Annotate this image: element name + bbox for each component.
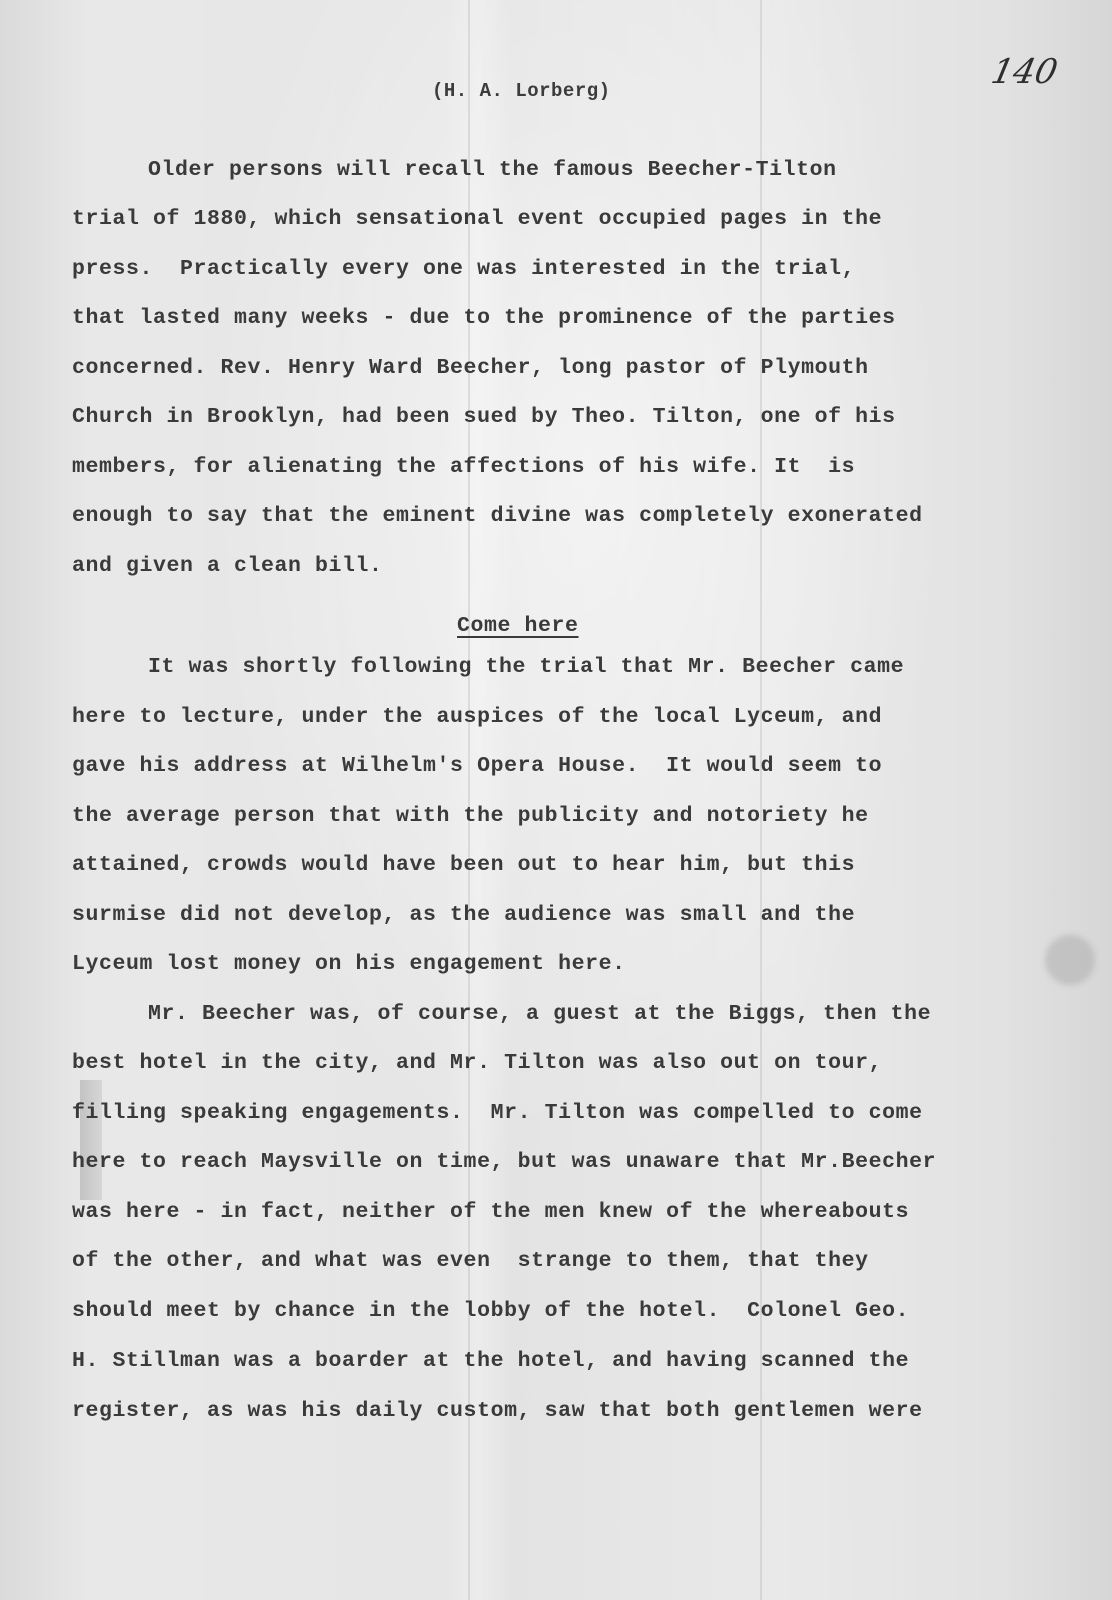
document-page: (H. A. Lorberg) 140 Older persons will r…	[0, 0, 1112, 1600]
handwritten-page-number: 140	[988, 52, 1061, 92]
text-line: enough to say that the eminent divine wa…	[72, 504, 923, 528]
text-line: should meet by chance in the lobby of th…	[72, 1299, 909, 1323]
text-line: H. Stillman was a boarder at the hotel, …	[72, 1349, 909, 1373]
text-line: attained, crowds would have been out to …	[72, 853, 855, 877]
text-line: Mr. Beecher was, of course, a guest at t…	[148, 1002, 931, 1026]
text-line: that lasted many weeks - due to the prom…	[72, 306, 896, 330]
author-line: (H. A. Lorberg)	[432, 80, 611, 102]
text-line: Lyceum lost money on his engagement here…	[72, 952, 626, 976]
text-line: It was shortly following the trial that …	[148, 655, 904, 679]
text-line: and given a clean bill.	[72, 554, 383, 578]
text-line: press. Practically every one was interes…	[72, 257, 855, 281]
text-line: the average person that with the publici…	[72, 804, 869, 828]
text-line: trial of 1880, which sensational event o…	[72, 207, 882, 231]
torn-margin	[80, 1080, 102, 1200]
section-heading: Come here	[457, 614, 579, 638]
paper-stain	[1045, 935, 1095, 985]
text-line: register, as was his daily custom, saw t…	[72, 1399, 923, 1423]
text-line: concerned. Rev. Henry Ward Beecher, long…	[72, 356, 869, 380]
text-line: Church in Brooklyn, had been sued by The…	[72, 405, 896, 429]
text-line: of the other, and what was even strange …	[72, 1249, 869, 1273]
text-line: here to reach Maysville on time, but was…	[72, 1150, 936, 1174]
text-line: members, for alienating the affections o…	[72, 455, 855, 479]
text-line: best hotel in the city, and Mr. Tilton w…	[72, 1051, 882, 1075]
text-line: filling speaking engagements. Mr. Tilton…	[72, 1101, 923, 1125]
text-line: was here - in fact, neither of the men k…	[72, 1200, 909, 1224]
text-line: Older persons will recall the famous Bee…	[148, 158, 837, 182]
text-line: gave his address at Wilhelm's Opera Hous…	[72, 754, 882, 778]
text-line: here to lecture, under the auspices of t…	[72, 705, 882, 729]
text-line: surmise did not develop, as the audience…	[72, 903, 855, 927]
